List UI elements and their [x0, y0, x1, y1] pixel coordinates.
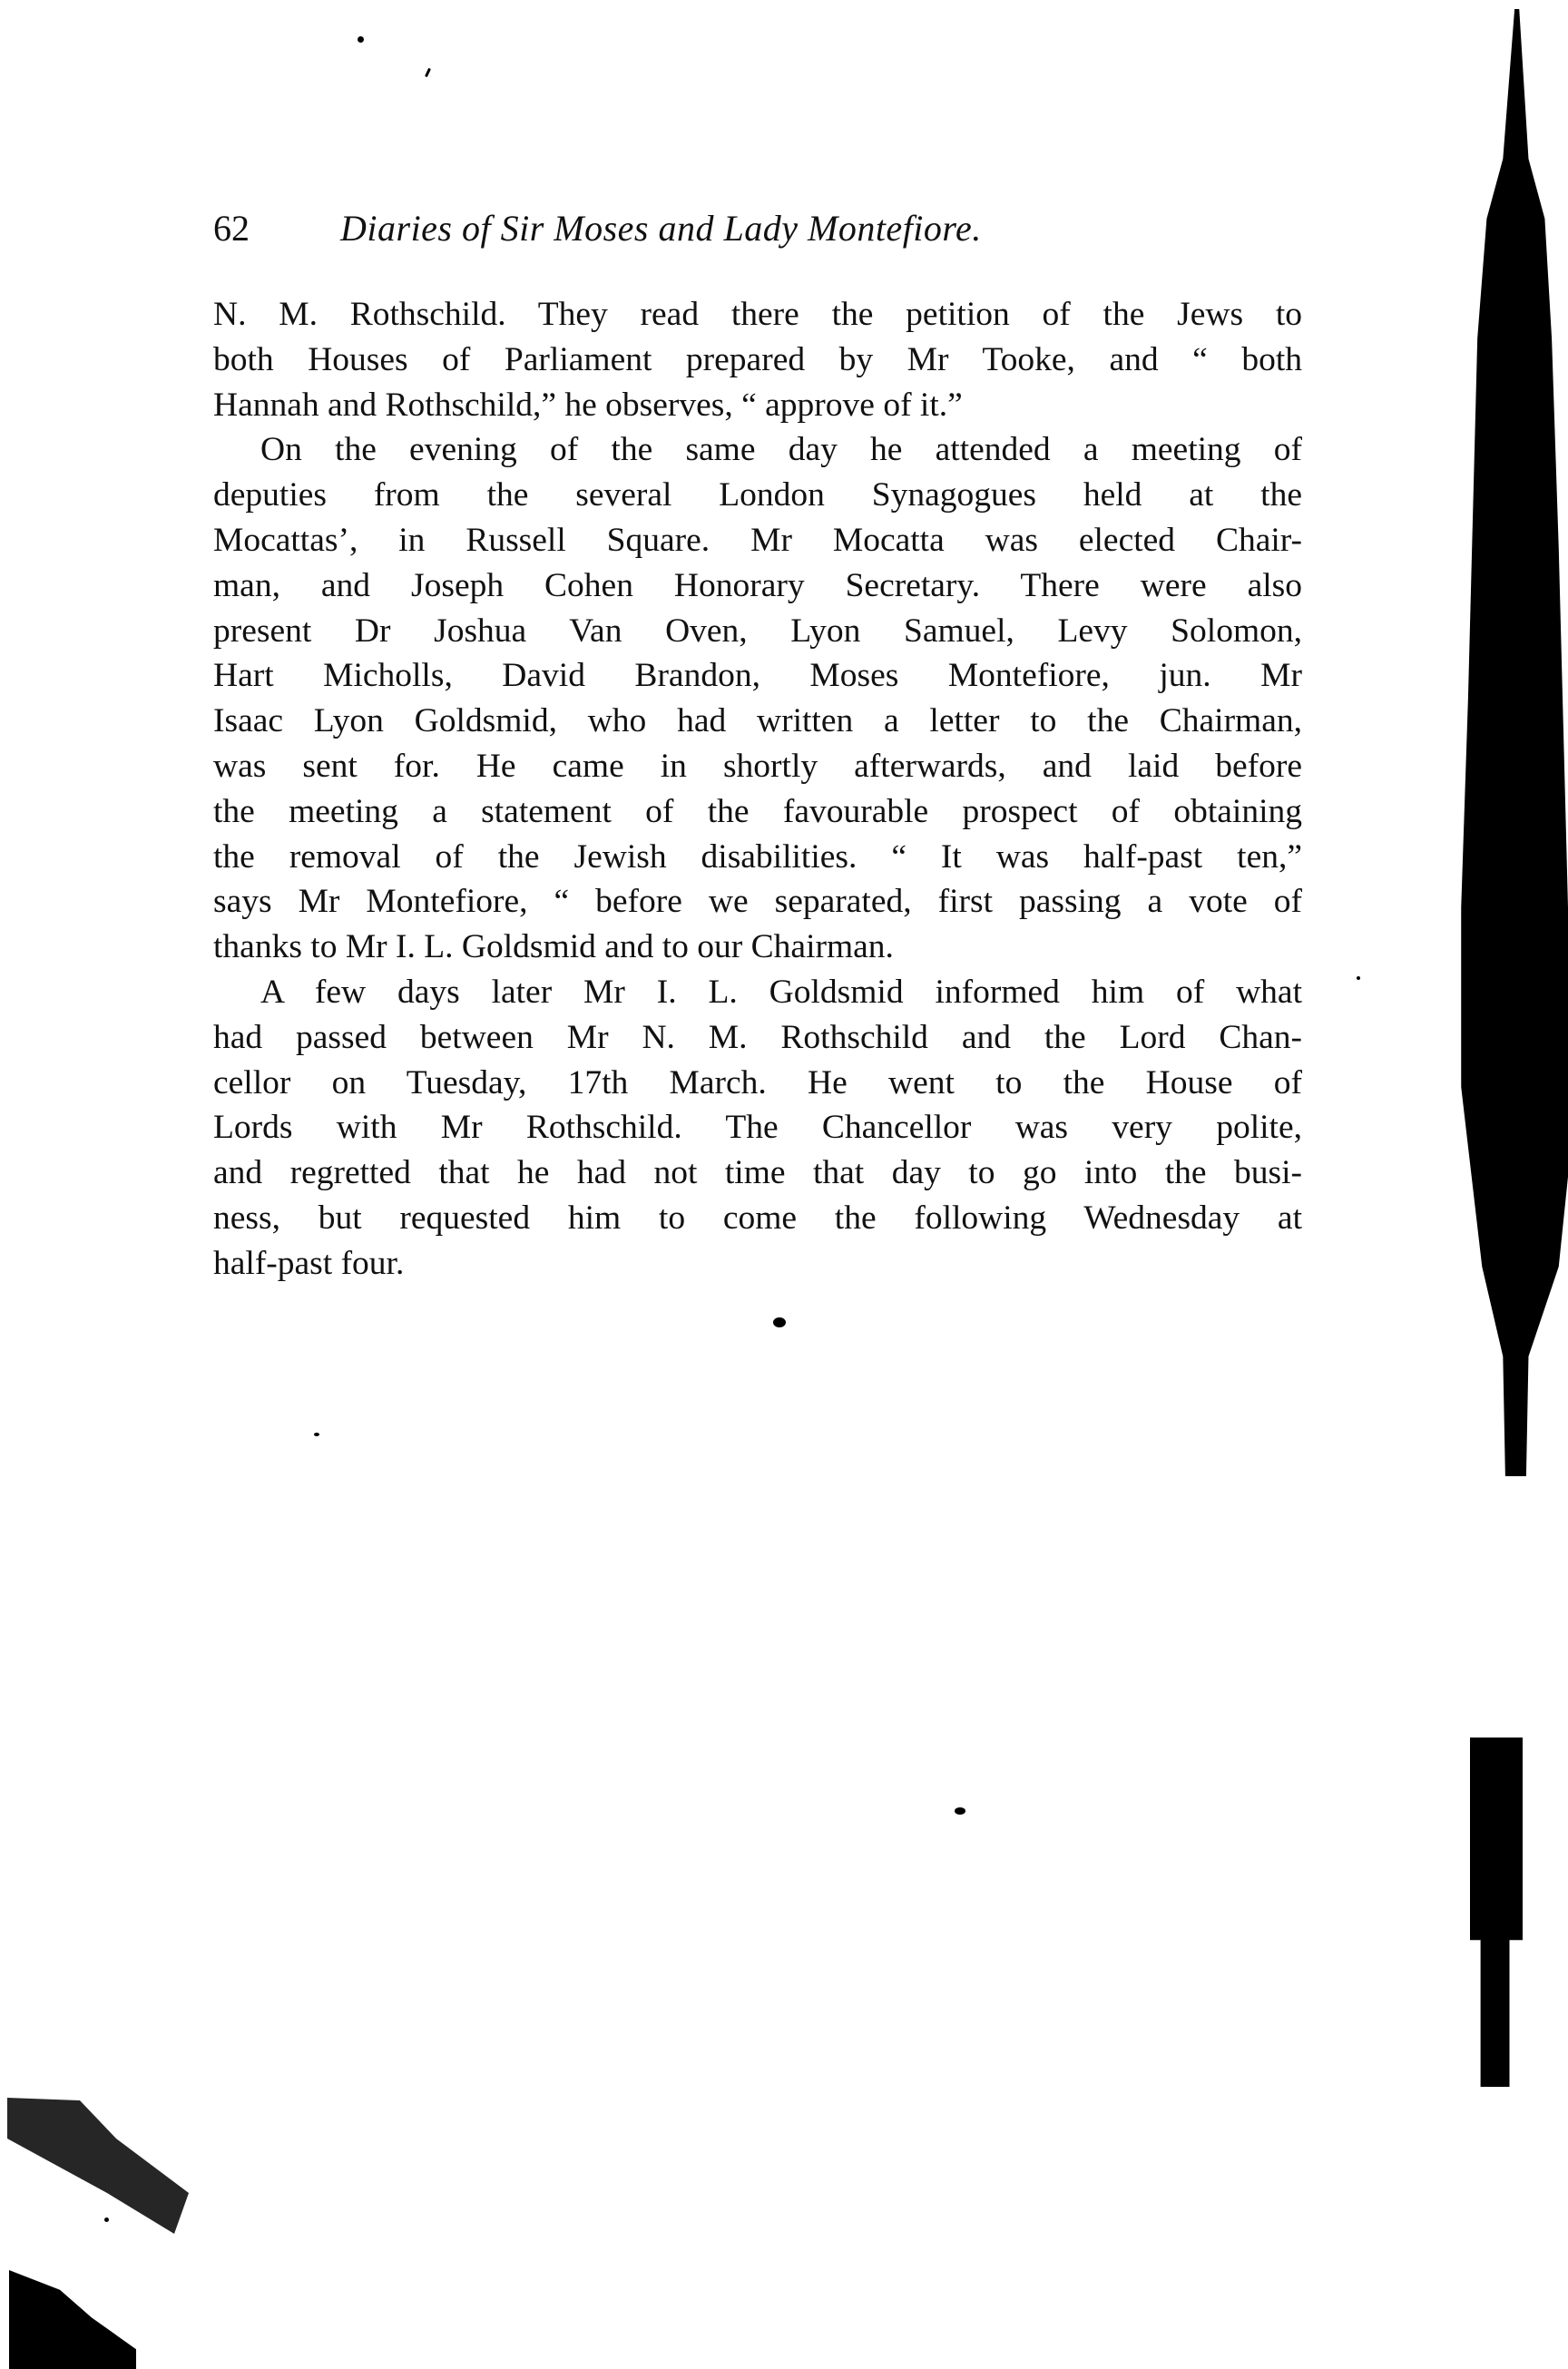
text-line: says Mr Montefiore, “ before we separate…	[213, 879, 1302, 925]
text-line: the meeting a statement of the favourabl…	[213, 789, 1302, 835]
text-line: deputies from the several London Synagog…	[213, 473, 1302, 518]
text-line: Isaac Lyon Goldsmid, who had written a l…	[213, 699, 1302, 744]
running-title: Diaries of Sir Moses and Lady Montefiore…	[340, 208, 982, 249]
page-number: 62	[213, 201, 340, 256]
text-line: both Houses of Parliament prepared by Mr…	[213, 338, 1302, 383]
scan-speck	[1357, 976, 1360, 980]
text-line: N. M. Rothschild. They read there the pe…	[213, 292, 1302, 338]
scan-speck	[955, 1807, 965, 1815]
text-line: Lords with Mr Rothschild. The Chancellor…	[213, 1105, 1302, 1150]
paragraph-3: A few days later Mr I. L. Goldsmid infor…	[213, 970, 1302, 1287]
text-line: cellor on Tuesday, 17th March. He went t…	[213, 1061, 1302, 1106]
body-text: N. M. Rothschild. They read there the pe…	[213, 292, 1302, 1287]
paragraph-2: On the evening of the same day he attend…	[213, 427, 1302, 970]
scanned-book-page: 62Diaries of Sir Moses and Lady Montefio…	[0, 0, 1568, 2369]
text-line: ness, but requested him to come the foll…	[213, 1196, 1302, 1241]
scan-speck	[104, 2217, 109, 2222]
scan-smudge	[9, 2270, 136, 2369]
text-line: thanks to Mr I. L. Goldsmid and to our C…	[213, 925, 1302, 970]
text-line: Mocattas’, in Russell Square. Mr Mocatta…	[213, 518, 1302, 563]
text-line: had passed between Mr N. M. Rothschild a…	[213, 1015, 1302, 1061]
text-line: On the evening of the same day he attend…	[213, 427, 1302, 473]
scan-speck	[358, 36, 364, 43]
scan-smudge	[7, 2098, 189, 2234]
text-line: and regretted that he had not time that …	[213, 1150, 1302, 1196]
scan-speck	[314, 1433, 319, 1436]
scan-speck	[425, 68, 431, 77]
binding-shadow-upper	[1452, 9, 1568, 1506]
text-line: the removal of the Jewish disabilities. …	[213, 835, 1302, 880]
text-line: man, and Joseph Cohen Honorary Secretary…	[213, 563, 1302, 609]
scan-speck	[773, 1317, 786, 1327]
text-line: Hart Micholls, David Brandon, Moses Mont…	[213, 653, 1302, 699]
text-line: was sent for. He came in shortly afterwa…	[213, 744, 1302, 789]
binding-shadow-lower	[1470, 1738, 1523, 2087]
text-line: Hannah and Rothschild,” he observes, “ a…	[213, 383, 1302, 428]
running-header: 62Diaries of Sir Moses and Lady Montefio…	[213, 201, 1302, 256]
text-line: half-past four.	[213, 1241, 1302, 1287]
text-line: A few days later Mr I. L. Goldsmid infor…	[213, 970, 1302, 1015]
paragraph-1: N. M. Rothschild. They read there the pe…	[213, 292, 1302, 427]
text-line: present Dr Joshua Van Oven, Lyon Samuel,…	[213, 609, 1302, 654]
